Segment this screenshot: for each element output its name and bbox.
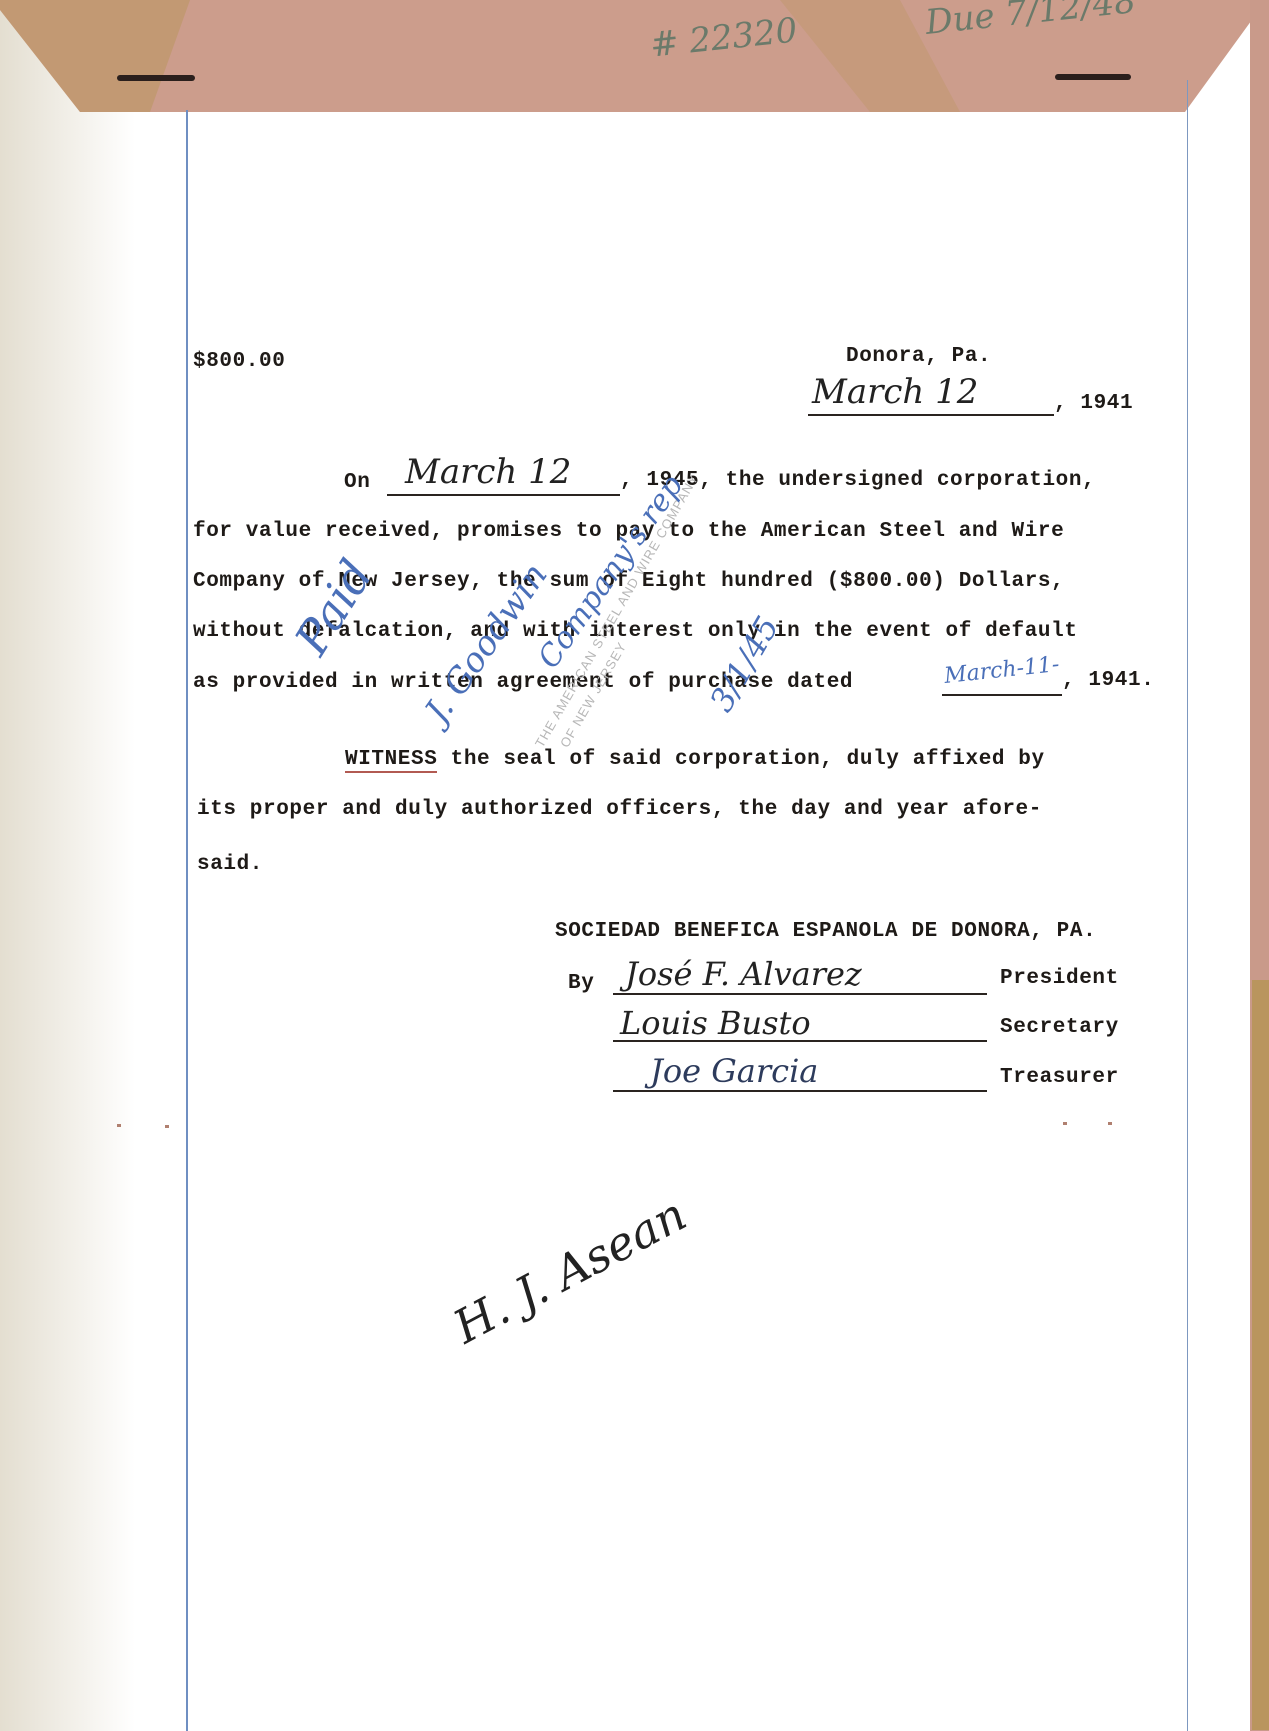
note-place: Donora, Pa. bbox=[846, 345, 991, 368]
agreement-date-handwritten: March-11- bbox=[943, 652, 1060, 689]
witness-line1-rest: the seal of said corporation, duly affix… bbox=[437, 748, 1044, 771]
due-date-handwritten: March 12 bbox=[405, 452, 571, 492]
witness-line3: said. bbox=[197, 853, 263, 876]
corporation-name: SOCIEDAD BENEFICA ESPANOLA DE DONORA, PA… bbox=[555, 920, 1096, 943]
witness-line1: WITNESS the seal of said corporation, du… bbox=[345, 748, 1045, 771]
by-label: By bbox=[568, 972, 594, 995]
left-margin-line bbox=[186, 110, 188, 1731]
right-margin-line bbox=[1187, 80, 1188, 1731]
signature-treasurer: Joe Garcia bbox=[650, 1052, 818, 1090]
signature-line-president bbox=[613, 993, 987, 995]
signature-president: José F. Alvarez bbox=[625, 955, 862, 993]
bottom-signature: H. J. Asean bbox=[445, 1187, 695, 1354]
title-secretary: Secretary bbox=[1000, 1016, 1119, 1039]
witness-line2: its proper and duly authorized officers,… bbox=[197, 798, 1042, 821]
paid-annotation: Paid bbox=[284, 550, 383, 664]
body-line1-prefix: On bbox=[344, 471, 370, 494]
date-field: March 12 bbox=[808, 378, 1054, 416]
signature-line-treasurer bbox=[613, 1090, 987, 1092]
witness-keyword: WITNESS bbox=[345, 748, 437, 773]
due-date-field: March 12 bbox=[387, 458, 620, 496]
scan-left-stain bbox=[0, 0, 150, 1731]
folder-right-stain bbox=[1252, 980, 1269, 1730]
signature-secretary: Louis Busto bbox=[620, 1004, 811, 1042]
body-line5-suffix: , 1941. bbox=[1062, 669, 1154, 692]
date-handwritten: March 12 bbox=[812, 372, 978, 412]
agreement-date-field: March-11- bbox=[942, 660, 1062, 696]
company-stamp-line1: THE AMERICAN STEEL AND WIRE COMPANY bbox=[532, 471, 702, 750]
note-amount: $800.00 bbox=[193, 350, 285, 373]
scan-speck bbox=[165, 1125, 169, 1128]
date-year: , 1941 bbox=[1054, 392, 1133, 415]
scan-speck bbox=[117, 1124, 121, 1127]
scan-speck bbox=[1108, 1122, 1112, 1125]
title-treasurer: Treasurer bbox=[1000, 1066, 1119, 1089]
title-president: President bbox=[1000, 967, 1119, 990]
scan-speck bbox=[1063, 1122, 1067, 1125]
